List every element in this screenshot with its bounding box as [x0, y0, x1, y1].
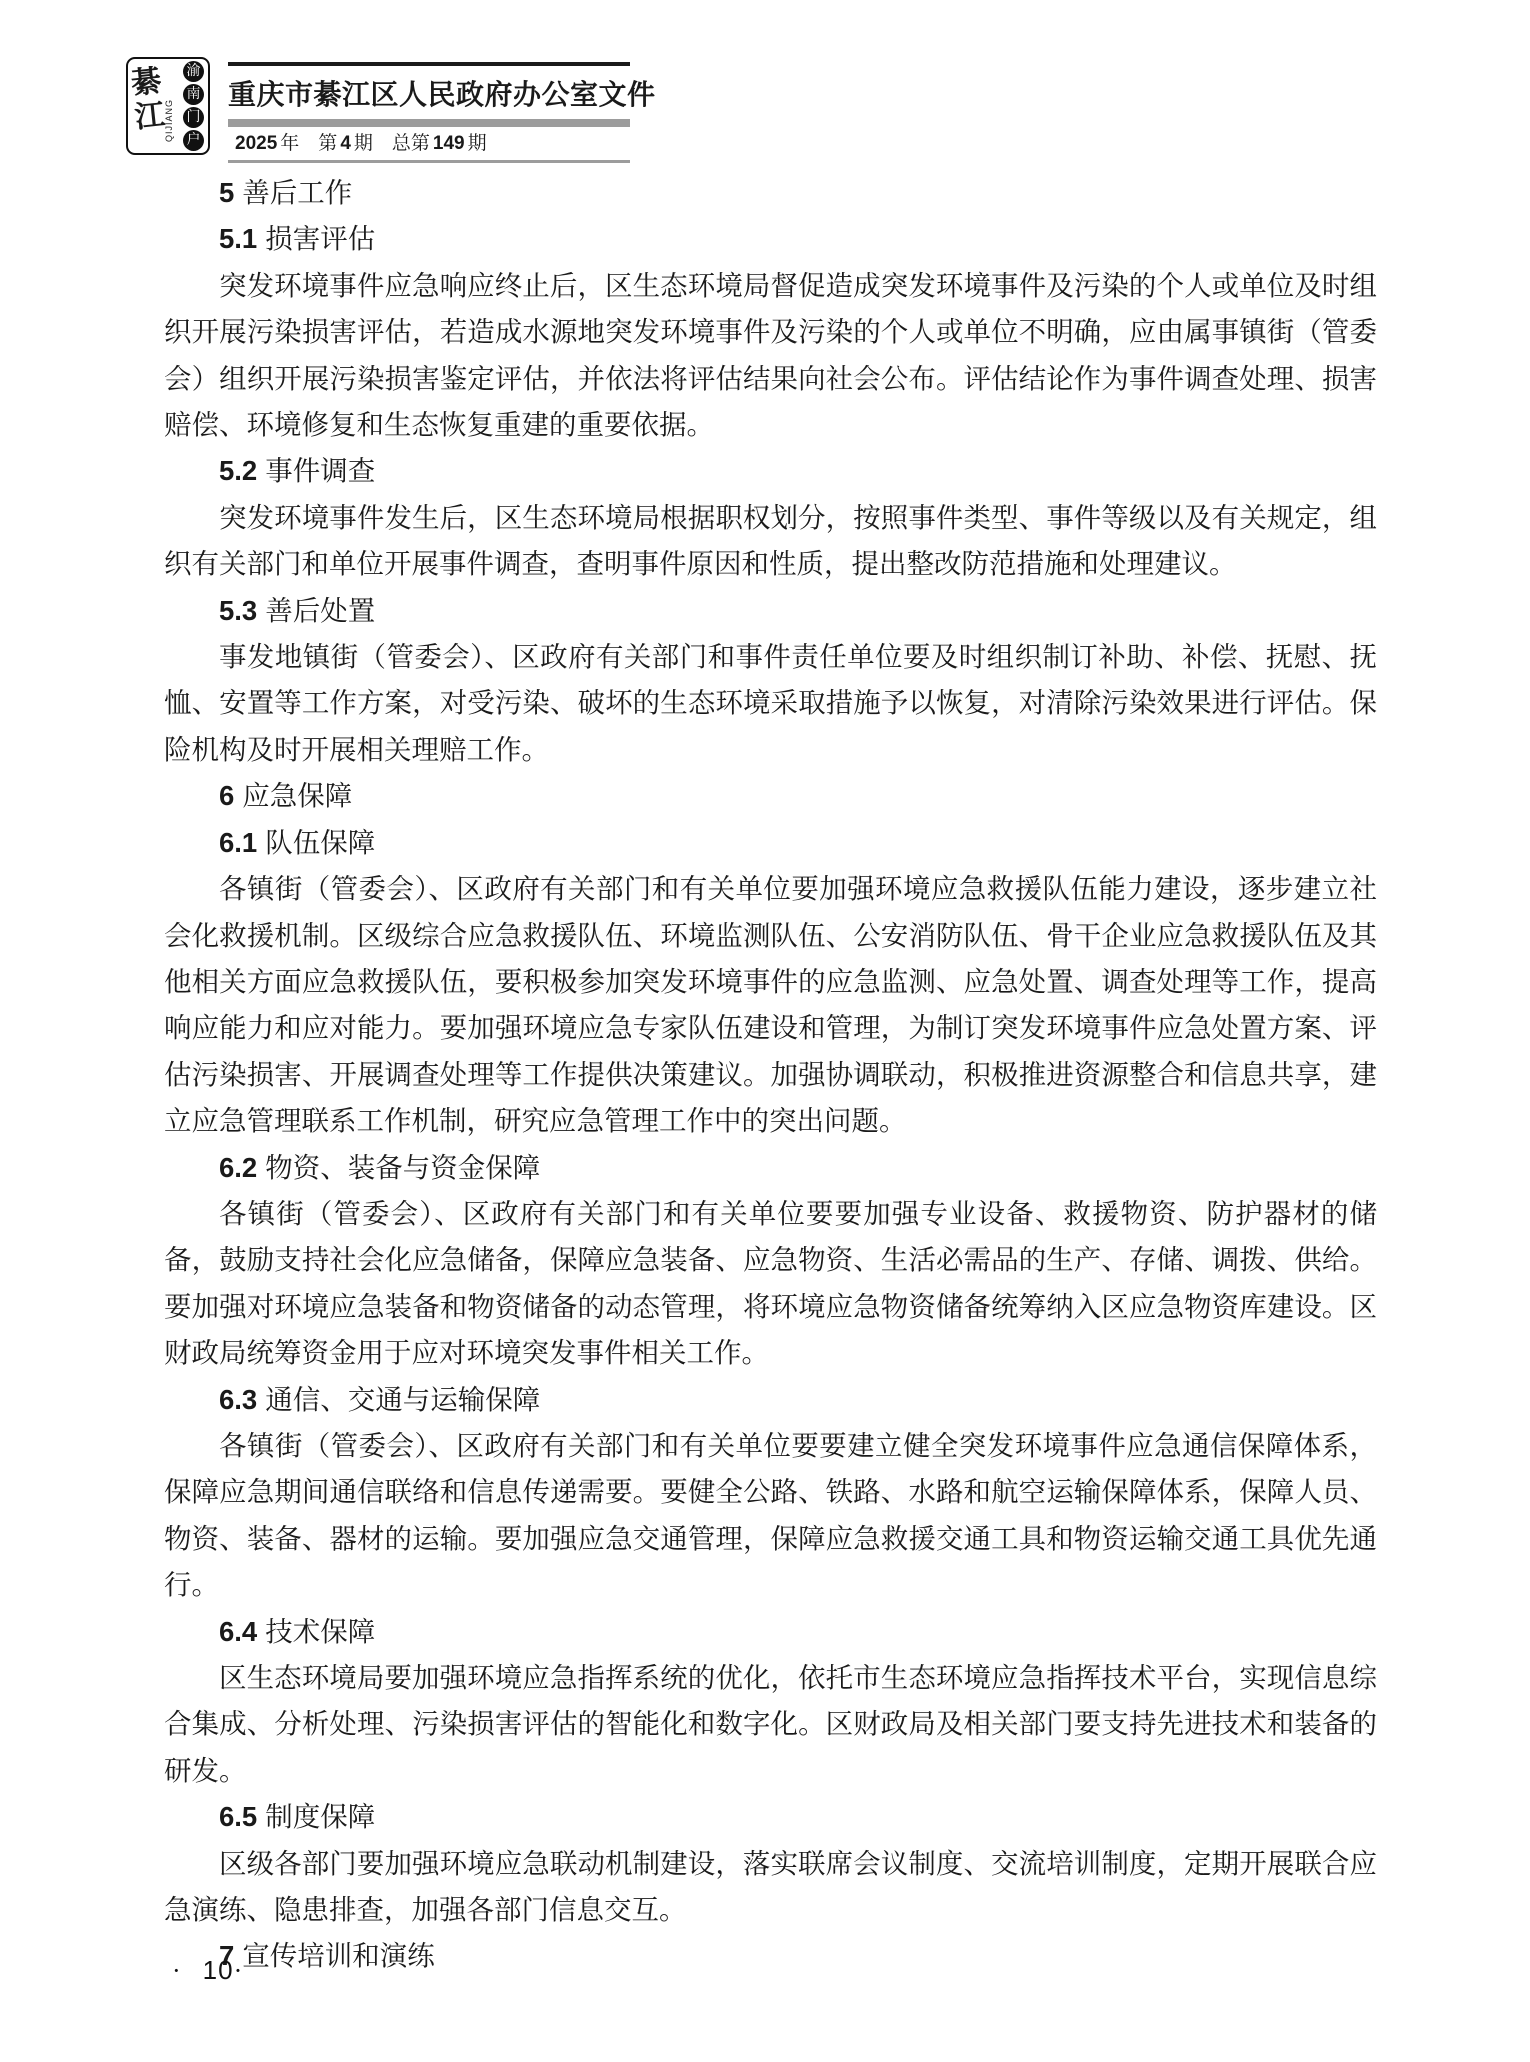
heading-number: 5.3 — [219, 595, 257, 626]
section-heading: 6.1队伍保障 — [164, 820, 1377, 866]
body-paragraph: 各镇街（管委会）、区政府有关部门和有关单位要要加强专业设备、救援物资、防护器材的… — [164, 1191, 1377, 1377]
body-paragraph: 突发环境事件发生后，区生态环境局根据职权划分，按照事件类型、事件等级以及有关规定… — [164, 495, 1377, 588]
issue-label: 年 — [280, 133, 299, 154]
issue-label: 期 — [468, 133, 487, 154]
emblem-seal-icon: 门 — [183, 107, 204, 128]
body-paragraph: 各镇街（管委会）、区政府有关部门和有关单位要要建立健全突发环境事件应急通信保障体… — [164, 1423, 1377, 1609]
heading-text: 损害评估 — [265, 223, 375, 254]
issue-label: 期 — [354, 133, 373, 154]
heading-number: 5 — [219, 177, 234, 208]
emblem-seal-icon: 渝 — [183, 61, 204, 82]
emblem-seal-icon: 户 — [183, 130, 204, 151]
heading-text: 宣传培训和演练 — [242, 1940, 435, 1971]
heading-number: 6.2 — [219, 1152, 257, 1183]
heading-text: 应急保障 — [242, 780, 352, 811]
masthead-gray-bar — [228, 119, 630, 127]
issue-label: 总第 — [373, 133, 430, 154]
section-heading: 7宣传培训和演练 — [164, 1933, 1377, 1979]
page-number: ·10· — [172, 1955, 242, 1986]
section-heading: 5.2事件调查 — [164, 448, 1377, 494]
section-heading: 6.5制度保障 — [164, 1794, 1377, 1840]
heading-number: 6.3 — [219, 1384, 257, 1415]
body-paragraph: 事发地镇街（管委会）、区政府有关部门和事件责任单位要及时组织制订补助、补偿、抚慰… — [164, 634, 1377, 773]
heading-number: 6.1 — [219, 827, 257, 858]
emblem-seal-column: 渝南门户 — [183, 62, 204, 150]
heading-number: 5.1 — [219, 223, 257, 254]
issue-number: 2025 — [235, 133, 277, 154]
body-paragraph: 突发环境事件应急响应终止后，区生态环境局督促造成突发环境事件及污染的个人或单位及… — [164, 263, 1377, 449]
heading-number: 6.4 — [219, 1616, 257, 1647]
section-heading: 6应急保障 — [164, 773, 1377, 819]
section-heading: 6.4技术保障 — [164, 1609, 1377, 1655]
emblem-seal-icon: 南 — [183, 84, 204, 105]
heading-number: 6 — [219, 780, 234, 811]
document-body: 5善后工作5.1损害评估突发环境事件应急响应终止后，区生态环境局督促造成突发环境… — [164, 170, 1377, 1980]
heading-text: 善后工作 — [242, 177, 352, 208]
section-heading: 5.1损害评估 — [164, 216, 1377, 262]
heading-text: 通信、交通与运输保障 — [265, 1384, 540, 1415]
emblem-name-char: 江 — [133, 98, 166, 135]
heading-number: 5.2 — [219, 455, 257, 486]
qijiang-emblem: 綦江 QIJIANG 渝南门户 — [126, 57, 210, 155]
page-number-left-dot: · — [172, 1956, 181, 1985]
section-heading: 5.3善后处置 — [164, 588, 1377, 634]
heading-text: 善后处置 — [265, 595, 375, 626]
document-page: 綦江 QIJIANG 渝南门户 重庆市綦江区人民政府办公室文件 2025年 第4… — [0, 0, 1530, 2062]
section-heading: 6.2物资、装备与资金保障 — [164, 1145, 1377, 1191]
emblem-name-vertical: 綦江 — [130, 65, 169, 152]
section-heading: 5善后工作 — [164, 170, 1377, 216]
masthead-bottom-rule — [228, 160, 630, 163]
masthead-top-rule — [228, 62, 630, 66]
body-paragraph: 各镇街（管委会）、区政府有关部门和有关单位要加强环境应急救援队伍能力建设，逐步建… — [164, 866, 1377, 1144]
body-paragraph: 区级各部门要加强环境应急联动机制建设，落实联席会议制度、交流培训制度，定期开展联… — [164, 1841, 1377, 1934]
page-number-value: 10 — [203, 1955, 234, 1985]
masthead: 重庆市綦江区人民政府办公室文件 2025年 第4期 总第149期 — [228, 62, 630, 163]
heading-text: 制度保障 — [265, 1801, 375, 1832]
emblem-romanized-text: QIJIANG — [164, 99, 174, 142]
issue-number: 4 — [340, 133, 351, 154]
issue-number: 149 — [433, 133, 465, 154]
issue-info-line: 2025年 第4期 总第149期 — [228, 131, 630, 157]
section-heading: 6.3通信、交通与运输保障 — [164, 1377, 1377, 1423]
heading-text: 物资、装备与资金保障 — [265, 1152, 540, 1183]
emblem-name-char: 綦 — [130, 65, 163, 102]
body-paragraph: 区生态环境局要加强环境应急指挥系统的优化，依托市生态环境应急指挥技术平台，实现信… — [164, 1655, 1377, 1794]
page-number-right-dot: · — [234, 1956, 243, 1985]
heading-text: 事件调查 — [265, 455, 375, 486]
heading-text: 队伍保障 — [265, 827, 375, 858]
heading-number: 6.5 — [219, 1801, 257, 1832]
heading-text: 技术保障 — [265, 1616, 375, 1647]
masthead-title: 重庆市綦江区人民政府办公室文件 — [228, 73, 630, 113]
issue-label: 第 — [299, 133, 337, 154]
